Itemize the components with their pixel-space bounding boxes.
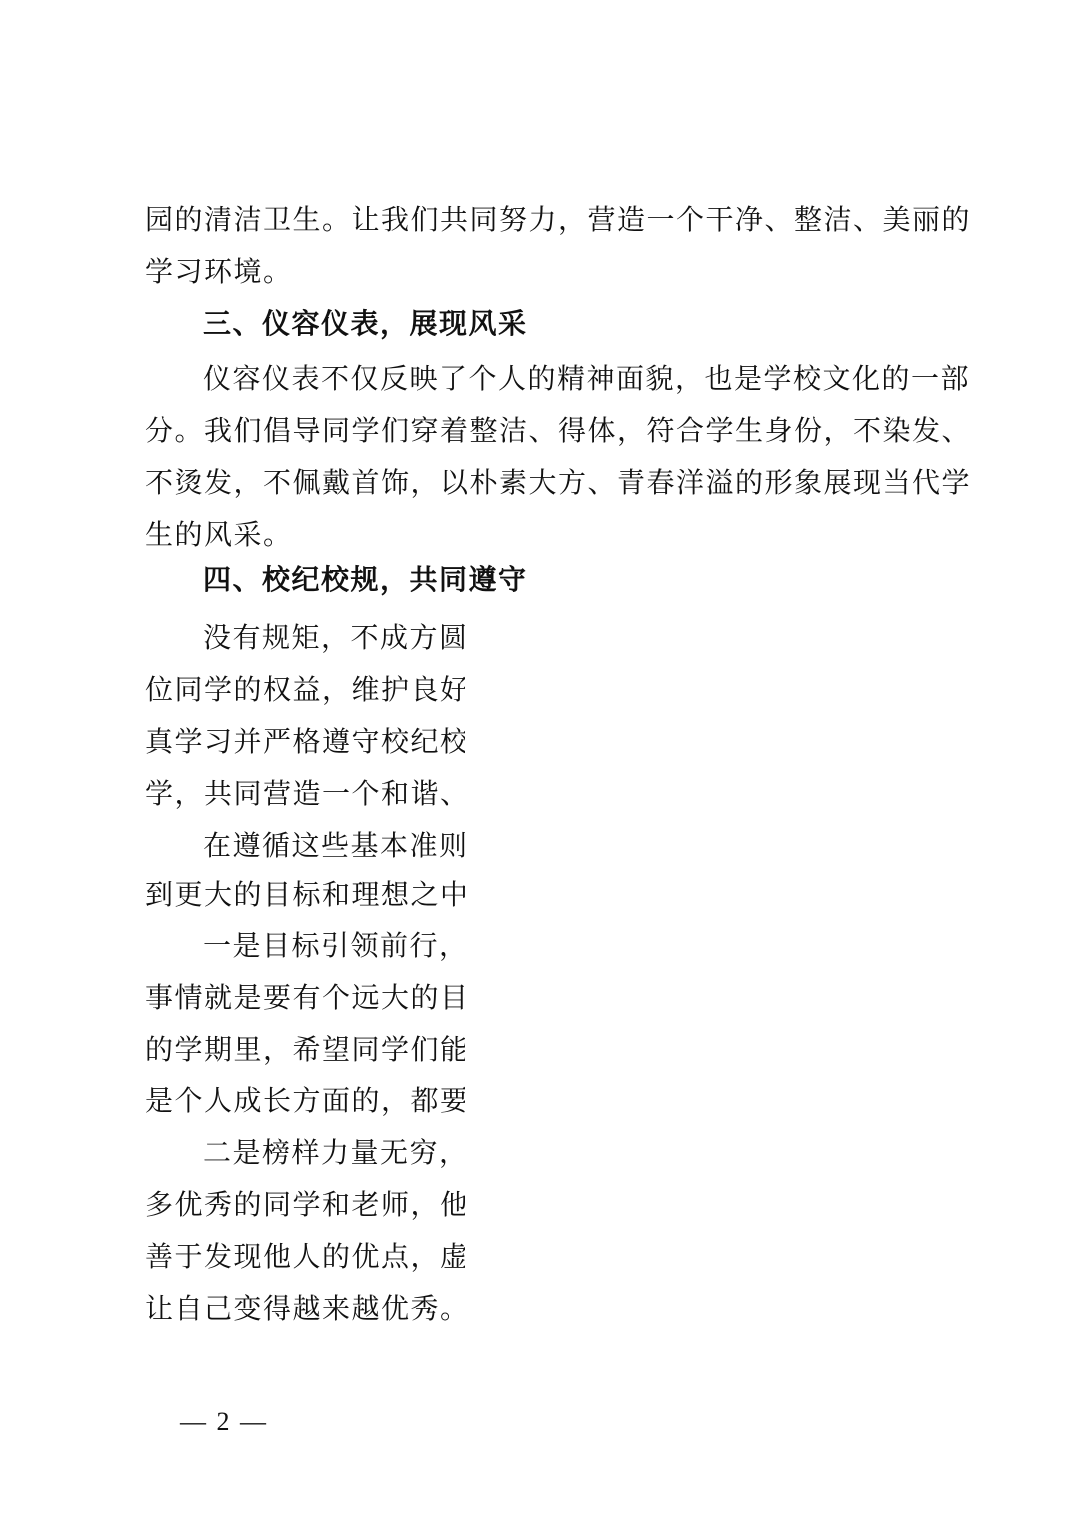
body-line: 分。我们倡导同学们穿着整洁、得体，符合学生身份，不染发、: [145, 414, 945, 448]
body-line-truncated: 的学期里，希望同学们能: [145, 1033, 465, 1067]
body-line: 学习环境。: [145, 255, 293, 289]
body-line-truncated: 位同学的权益，维护良好: [145, 673, 465, 707]
body-line: 园的清洁卫生。让我们共同努力，营造一个干净、整洁、美丽的: [145, 203, 945, 237]
body-line-truncated: 善于发现他人的优点，虚: [145, 1240, 465, 1274]
document-page: 园的清洁卫生。让我们共同努力，营造一个干净、整洁、美丽的 学习环境。 三、仪容仪…: [0, 0, 1080, 1527]
section-heading-4: 四、校纪校规，共同遵守: [203, 563, 528, 597]
body-line-truncated: 让自己变得越来越优秀。: [145, 1292, 465, 1326]
body-line-truncated: 学，共同营造一个和谐、: [145, 777, 465, 811]
body-line: 仪容仪表不仅反映了个人的精神面貌，也是学校文化的一部: [203, 362, 945, 396]
body-line: 不烫发，不佩戴首饰，以朴素大方、青春洋溢的形象展现当代学: [145, 466, 945, 500]
section-heading-3: 三、仪容仪表，展现风采: [203, 307, 528, 341]
body-line-truncated: 多优秀的同学和老师，他: [145, 1188, 465, 1222]
body-line-truncated: 是个人成长方面的，都要: [145, 1084, 465, 1118]
body-line-truncated: 没有规矩，不成方圆: [203, 621, 465, 655]
body-line: 生的风采。: [145, 518, 293, 552]
body-line-truncated: 二是榜样力量无穷，: [203, 1136, 465, 1170]
body-line-truncated: 事情就是要有个远大的目: [145, 981, 465, 1015]
body-line-truncated: 真学习并严格遵守校纪校: [145, 725, 465, 759]
page-number: — 2 —: [180, 1405, 268, 1439]
body-line-truncated: 在遵循这些基本准则: [203, 829, 465, 863]
body-line-truncated: 到更大的目标和理想之中: [145, 878, 465, 912]
body-line-truncated: 一是目标引领前行，: [203, 929, 465, 963]
